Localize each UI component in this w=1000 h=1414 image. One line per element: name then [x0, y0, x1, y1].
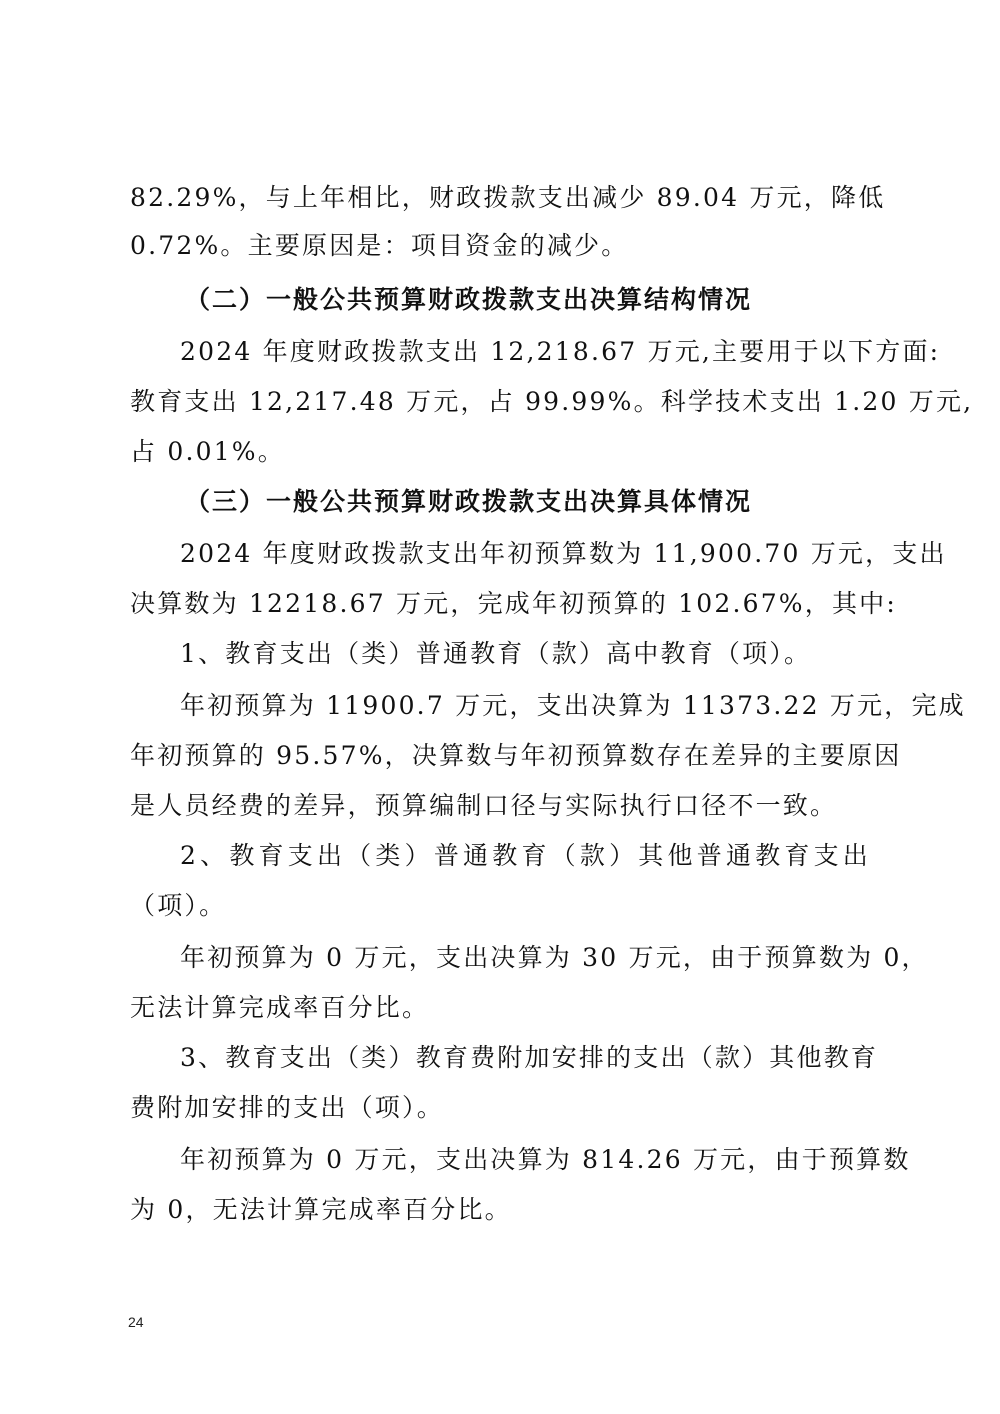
- item-detail-line: 年初预算为 11900.7 万元，支出决算为 11373.22 万元，完成: [180, 686, 870, 726]
- item-detail-line: 无法计算完成率百分比。: [130, 988, 870, 1028]
- paragraph-line: 占 0.01%。: [130, 432, 870, 472]
- item-detail-line: 为 0，无法计算完成率百分比。: [130, 1190, 870, 1230]
- paragraph-line: 教育支出 12,217.48 万元，占 99.99%。科学技术支出 1.20 万…: [130, 382, 870, 422]
- section-heading-structure: （二）一般公共预算财政拨款支出决算结构情况: [185, 280, 752, 320]
- item-title: （项）。: [130, 886, 870, 926]
- item-detail-line: 年初预算的 95.57%，决算数与年初预算数存在差异的主要原因: [130, 736, 870, 776]
- section-heading-detail: （三）一般公共预算财政拨款支出决算具体情况: [185, 482, 752, 522]
- paragraph-line: 0.72%。主要原因是：项目资金的减少。: [130, 226, 870, 266]
- paragraph-line: 82.29%，与上年相比，财政拨款支出减少 89.04 万元，降低: [130, 178, 870, 218]
- item-title: 1、教育支出（类）普通教育（款）高中教育（项）。: [180, 634, 870, 674]
- item-detail-line: 年初预算为 0 万元，支出决算为 30 万元，由于预算数为 0，: [180, 938, 870, 978]
- paragraph-line: 2024 年度财政拨款支出 12,218.67 万元,主要用于以下方面:: [180, 332, 870, 372]
- item-title: 费附加安排的支出（项）。: [130, 1088, 870, 1128]
- paragraph-line: 决算数为 12218.67 万元，完成年初预算的 102.67%，其中:: [130, 584, 870, 624]
- document-page: 82.29%，与上年相比，财政拨款支出减少 89.04 万元，降低 0.72%。…: [0, 0, 1000, 1414]
- item-detail-line: 是人员经费的差异，预算编制口径与实际执行口径不一致。: [130, 786, 870, 826]
- item-detail-line: 年初预算为 0 万元，支出决算为 814.26 万元，由于预算数: [180, 1140, 870, 1180]
- page-number: 24: [128, 1314, 144, 1330]
- paragraph-line: 2024 年度财政拨款支出年初预算数为 11,900.70 万元，支出: [180, 534, 870, 574]
- item-title: 3、教育支出（类）教育费附加安排的支出（款）其他教育: [180, 1038, 870, 1078]
- item-title: 2、教育支出（类）普通教育（款）其他普通教育支出: [180, 836, 870, 876]
